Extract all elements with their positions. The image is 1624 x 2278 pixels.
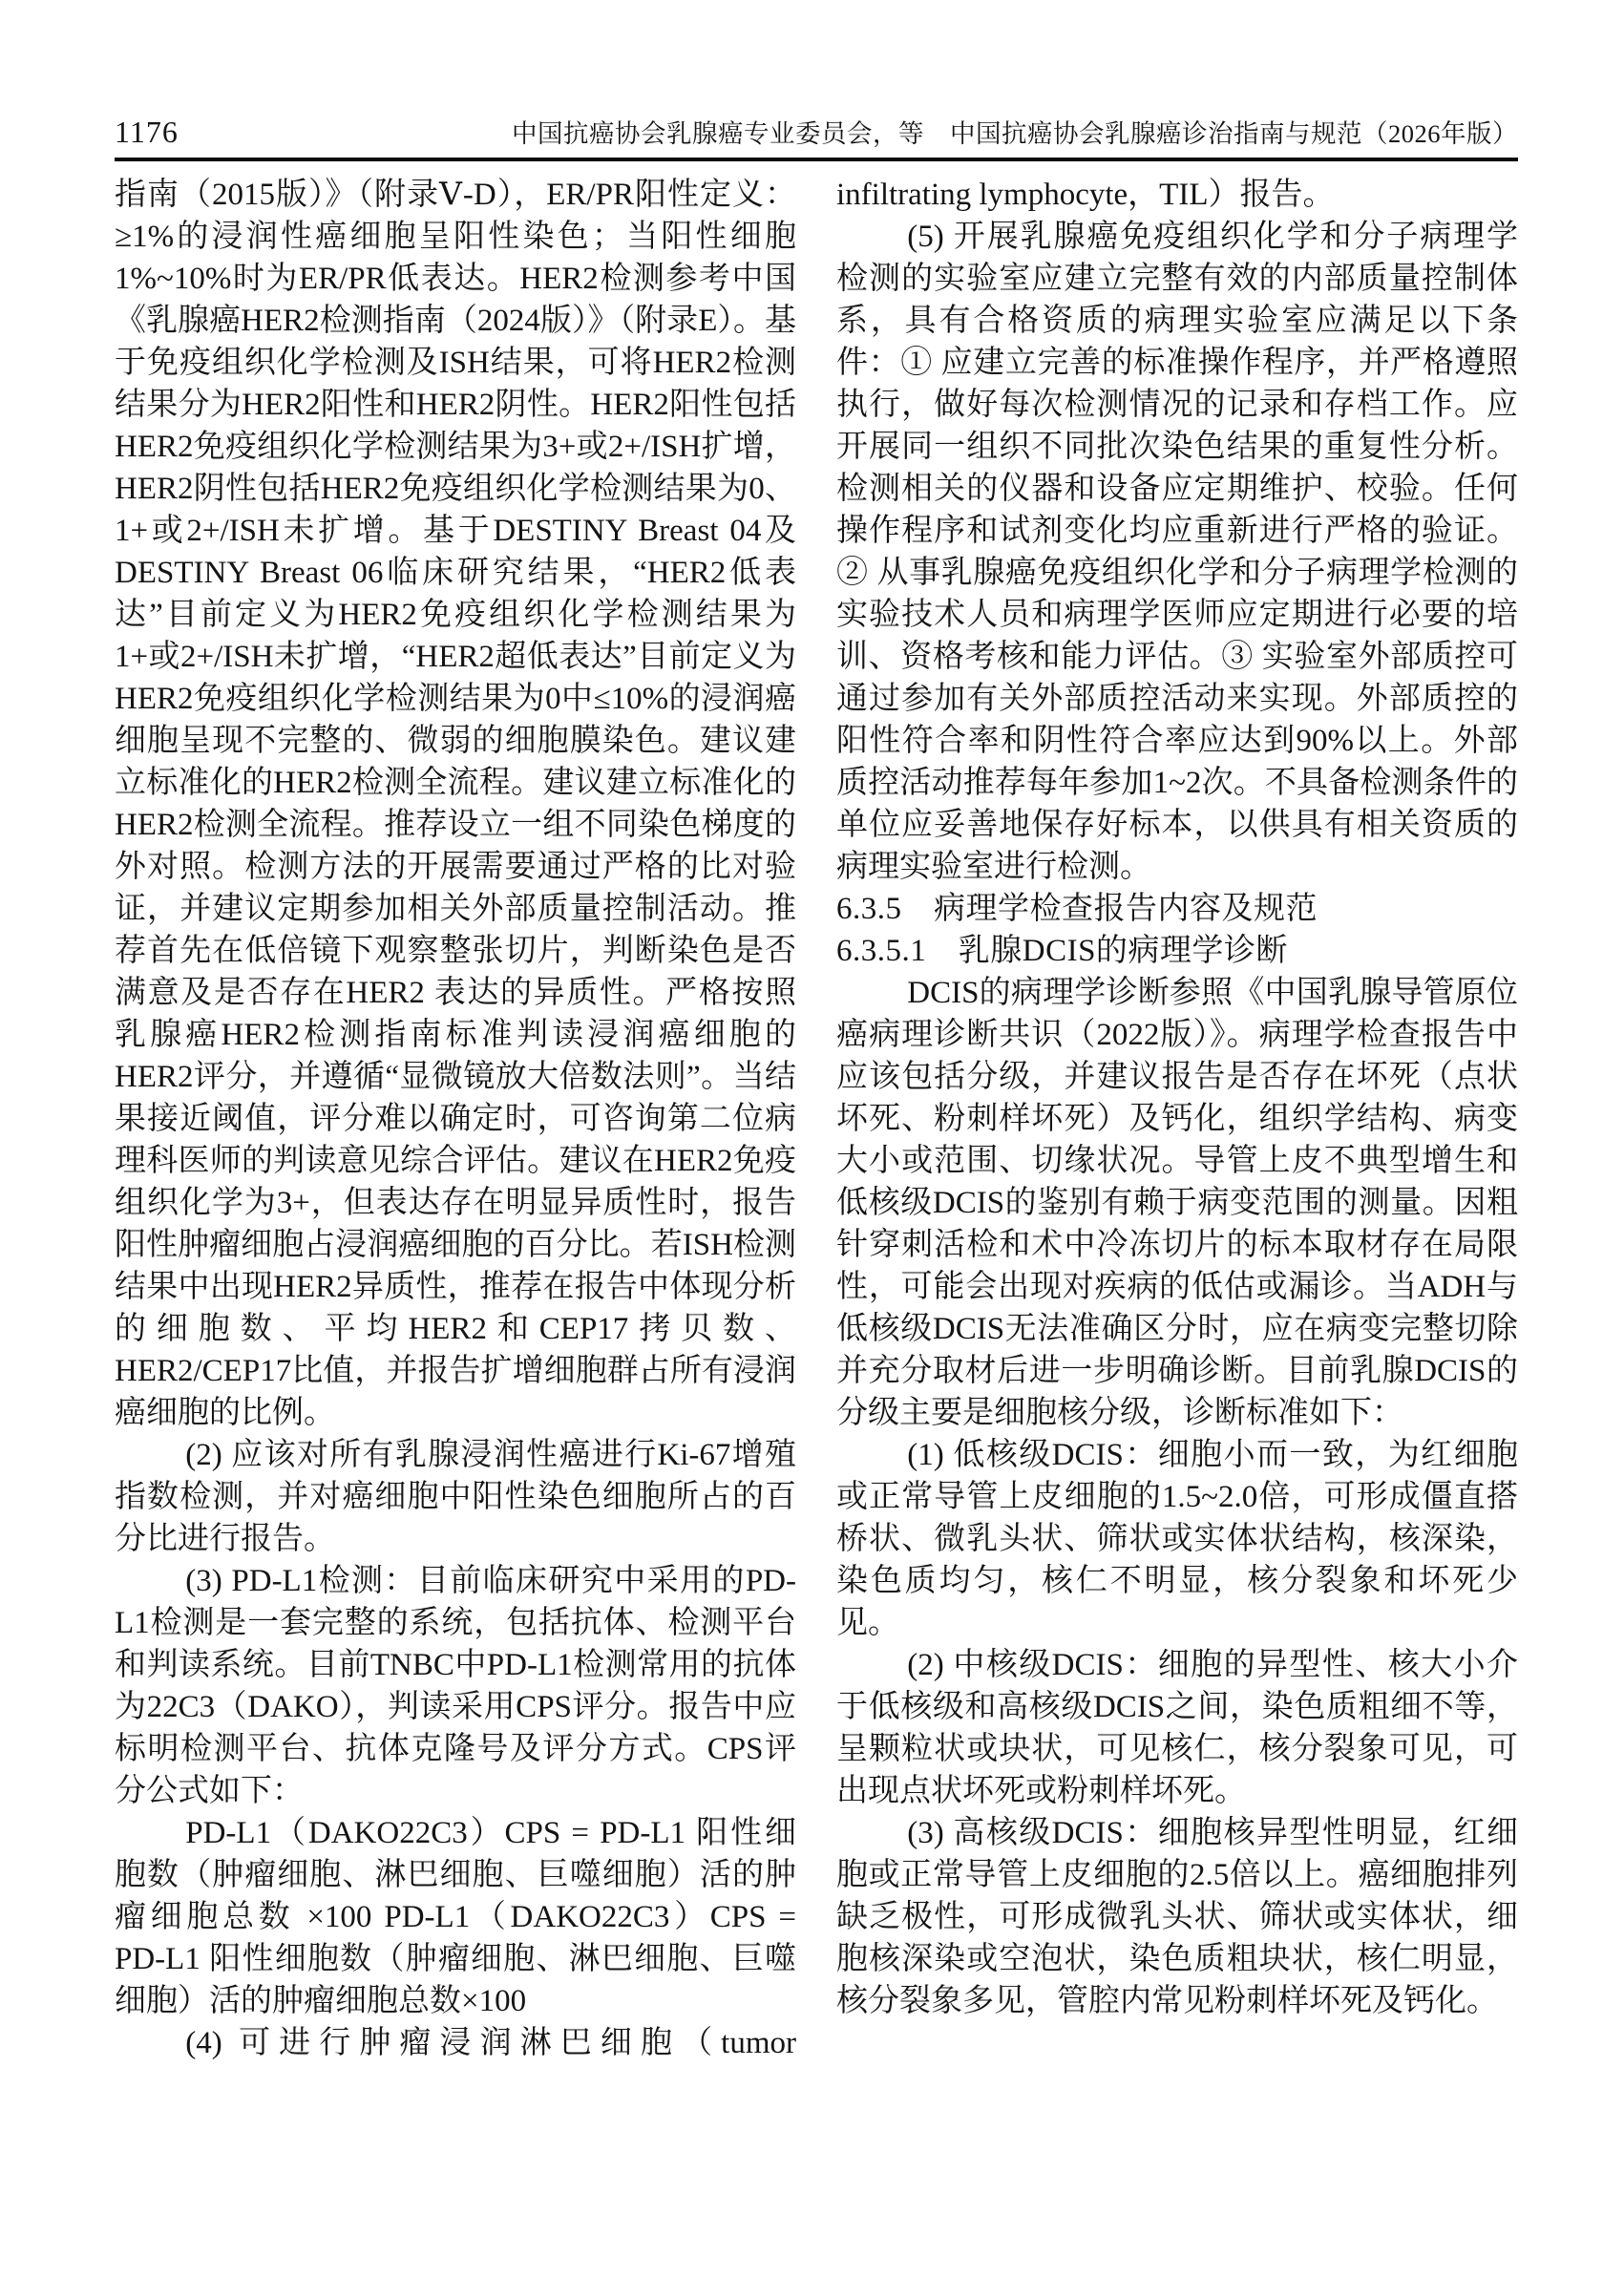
- paragraph-dcis-high-grade: (3) 高核级DCIS：细胞核异型性明显，红细胞或正常导管上皮细胞的2.5倍以上…: [836, 1812, 1518, 2022]
- document-page: 1176 中国抗癌协会乳腺癌专业委员会，等 中国抗癌协会乳腺癌诊治指南与规范（2…: [0, 0, 1624, 2278]
- paragraph-continuation: infiltrating lymphocyte，TIL）报告。: [836, 174, 1518, 216]
- left-column: 指南（2015版）》（附录Ⅴ-D），ER/PR阳性定义：≥1%的浸润性癌细胞呈阳…: [115, 174, 796, 2064]
- running-header: 1176 中国抗癌协会乳腺癌专业委员会，等 中国抗癌协会乳腺癌诊治指南与规范（2…: [115, 113, 1518, 150]
- header-rule: [115, 158, 1518, 161]
- section-heading-6-3-5: 6.3.5 病理学检查报告内容及规范: [836, 888, 1518, 930]
- paragraph-dcis-intro: DCIS的病理学诊断参照《中国乳腺导管原位癌病理诊断共识（2022版）》。病理学…: [836, 972, 1518, 1434]
- running-header-title: 中国抗癌协会乳腺癌专业委员会，等 中国抗癌协会乳腺癌诊治指南与规范（2026年版…: [512, 113, 1518, 150]
- paragraph-dcis-intermediate-grade: (2) 中核级DCIS：细胞的异型性、核大小介于低核级和高核级DCIS之间，染色…: [836, 1644, 1518, 1812]
- right-column: infiltrating lymphocyte，TIL）报告。 (5) 开展乳腺…: [836, 174, 1518, 2064]
- subsection-heading-6-3-5-1: 6.3.5.1 乳腺DCIS的病理学诊断: [836, 930, 1518, 972]
- text-columns: 指南（2015版）》（附录Ⅴ-D），ER/PR阳性定义：≥1%的浸润性癌细胞呈阳…: [115, 174, 1518, 2064]
- paragraph-continuation: 指南（2015版）》（附录Ⅴ-D），ER/PR阳性定义：≥1%的浸润性癌细胞呈阳…: [115, 174, 796, 1434]
- paragraph-item-5: (5) 开展乳腺癌免疫组织化学和分子病理学检测的实验室应建立完整有效的内部质量控…: [836, 216, 1518, 888]
- paragraph-item-2: (2) 应该对所有乳腺浸润性癌进行Ki-67增殖指数检测，并对癌细胞中阳性染色细…: [115, 1434, 796, 1560]
- page-number: 1176: [115, 115, 179, 150]
- paragraph-item-4: (4) 可进行肿瘤浸润淋巴细胞（tumor: [115, 2022, 796, 2064]
- paragraph-item-3: (3) PD-L1检测：目前临床研究中采用的PD-L1检测是一套完整的系统，包括…: [115, 1560, 796, 1812]
- paragraph-cps-formula: PD-L1（DAKO22C3）CPS = PD-L1 阳性细胞数（肿瘤细胞、淋巴…: [115, 1812, 796, 2022]
- paragraph-dcis-low-grade: (1) 低核级DCIS：细胞小而一致，为红细胞或正常导管上皮细胞的1.5~2.0…: [836, 1434, 1518, 1644]
